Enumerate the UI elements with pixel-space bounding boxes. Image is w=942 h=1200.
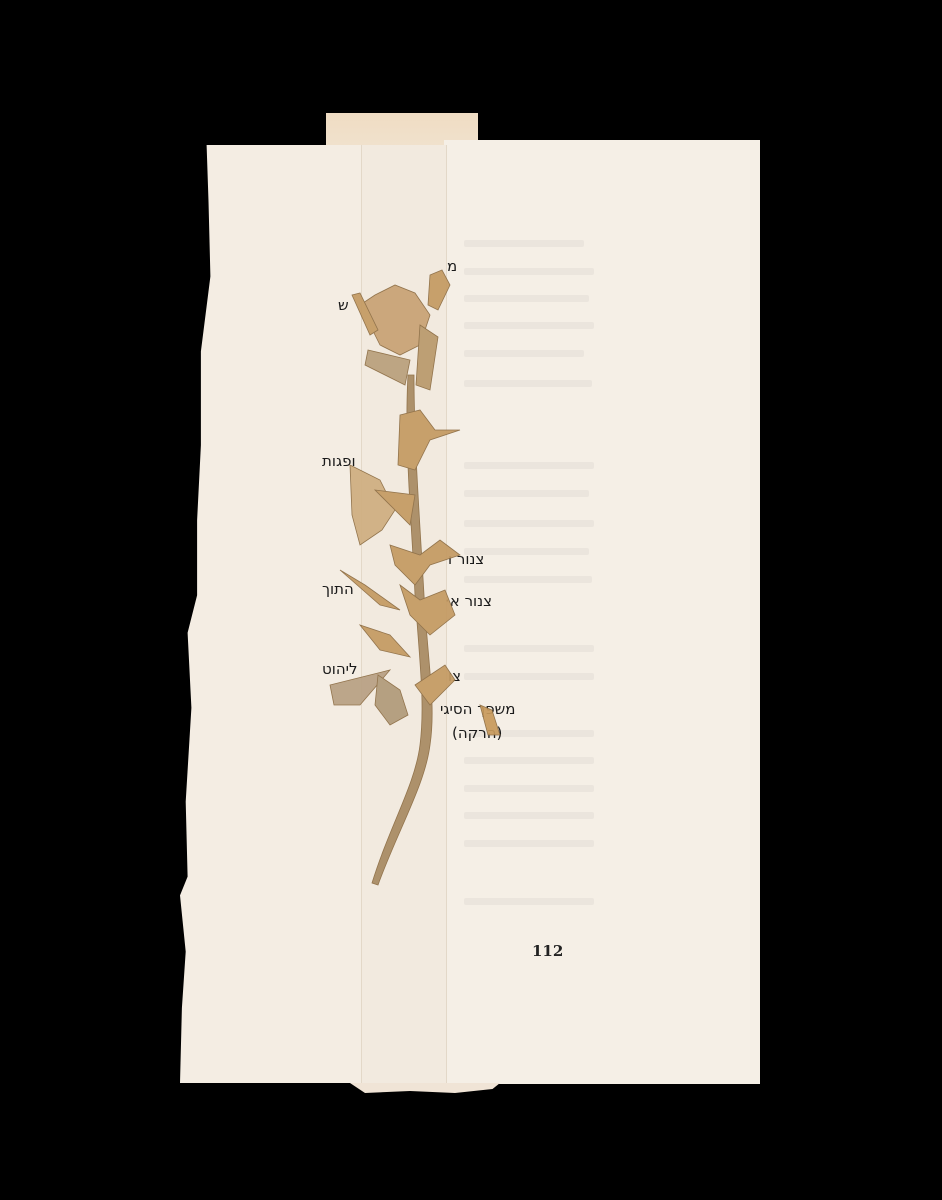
strip-torn-end — [350, 1083, 500, 1093]
page-number: 112 — [532, 942, 563, 960]
pressed-plant — [320, 265, 520, 890]
